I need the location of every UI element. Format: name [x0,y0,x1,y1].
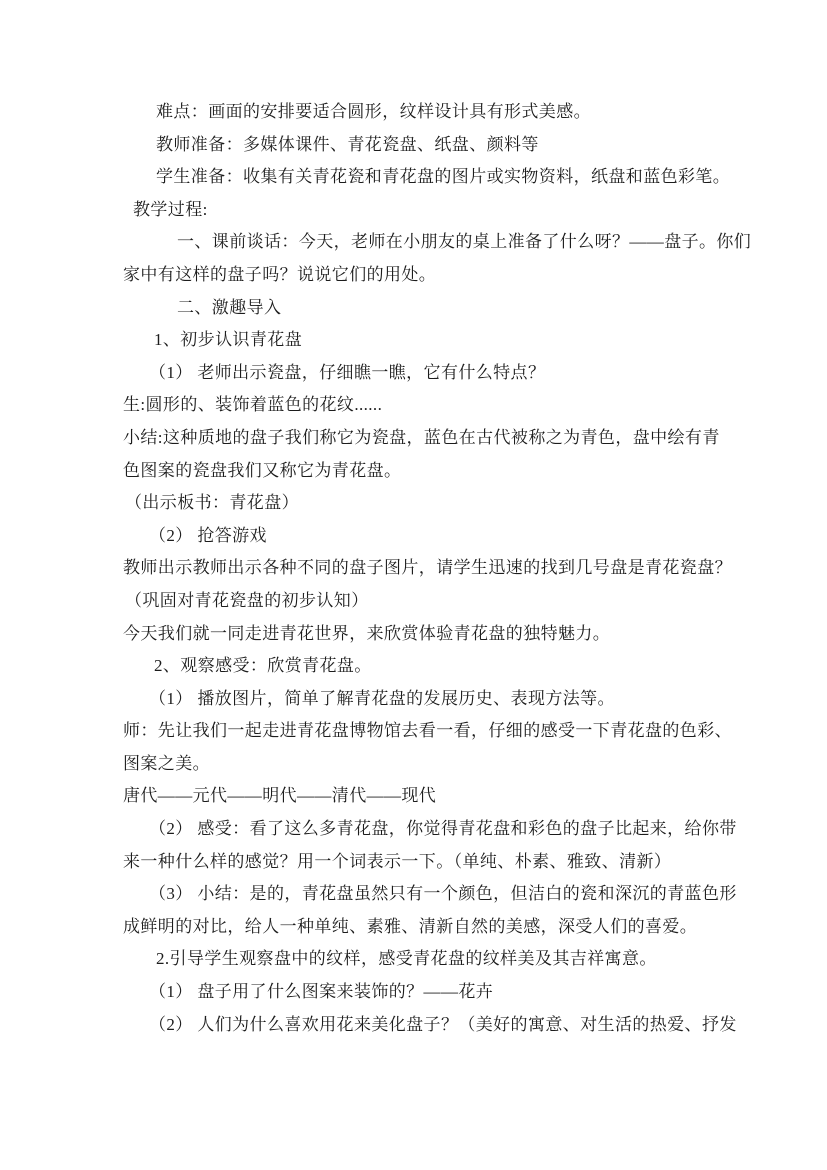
document-page: 难点：画面的安排要适合圆形，纹样设计具有形式美感。 教师准备：多媒体课件、青花瓷… [0,0,827,1170]
doc-line-guide-observe: 2.引导学生观察盘中的纹样，感受青花盘的纹样美及其吉祥寓意。 [156,943,827,976]
doc-line-question-2: （2） 人们为什么喜欢用花来美化盘子？（美好的寓意、对生活的热爱、抒发 [149,1009,827,1042]
doc-line-section-2: 二、激趣导入 [177,292,827,325]
doc-line-summary-1: 小结:这种质地的盘子我们称它为瓷盘，蓝色在古代被称之为青色，盘中绘有青 [123,422,827,455]
doc-line-goal-note: （巩固对青花瓷盘的初步认知） [125,585,827,618]
doc-line-step-2-3: （3） 小结：是的，青花盘虽然只有一个颜色，但洁白的瓷和深沉的青蓝色形 [149,878,827,911]
doc-line-difficulty: 难点：画面的安排要适合圆形，纹样设计具有形式美感。 [156,96,827,129]
doc-line-section-1-cont: 家中有这样的盘子吗？说说它们的用处。 [123,259,827,292]
doc-line-student-prep: 学生准备：收集有关青花瓷和青花盘的图片或实物资料，纸盘和蓝色彩笔。 [156,161,827,194]
doc-line-step-1: （1） 老师出示瓷盘，仔细瞧一瞧，它有什么特点？ [149,357,827,390]
doc-line-transition: 今天我们就一同走进青花世界，来欣赏体验青花盘的独特魅力。 [123,618,827,651]
doc-line-teacher-talk: 师：先让我们一起走进青花盘博物馆去看一看，仔细的感受一下青花盘的色彩、 [123,715,827,748]
doc-line-step-2: （2） 抢答游戏 [149,520,827,553]
doc-line-process-heading: 教学过程: [133,194,827,227]
doc-line-step-2-2-cont: 来一种什么样的感觉？用一个词表示一下。（单纯、朴素、雅致、清新） [123,846,827,879]
doc-line-teacher-talk-cont: 图案之美。 [123,748,827,781]
doc-line-step-2-3-cont: 成鲜明的对比，给人一种单纯、素雅、清新自然的美感，深受人们的喜爱。 [123,911,827,944]
doc-line-section-1: 一、课前谈话：今天，老师在小朋友的桌上准备了什么呀？——盘子。你们 [177,226,827,259]
doc-line-dynasties: 唐代——元代——明代——清代——现代 [123,780,827,813]
doc-line-step-2-1: （1） 播放图片，简单了解青花盘的发展历史、表现方法等。 [149,683,827,716]
doc-line-teacher-prep: 教师准备：多媒体课件、青花瓷盘、纸盘、颜料等 [156,129,827,162]
doc-line-game-desc: 教师出示教师出示各种不同的盘子图片，请学生迅速的找到几号盘是青花瓷盘？ [123,552,827,585]
doc-line-question-1: （1） 盘子用了什么图案来装饰的？——花卉 [149,976,827,1009]
doc-line-item-2: 2、观察感受：欣赏青花盘。 [154,650,827,683]
doc-line-board-note: （出示板书：青花盘） [125,487,827,520]
document-body: 难点：画面的安排要适合圆形，纹样设计具有形式美感。 教师准备：多媒体课件、青花瓷… [0,96,827,1041]
doc-line-item-1: 1、初步认识青花盘 [154,324,827,357]
doc-line-summary-1-cont: 色图案的瓷盘我们又称它为青花盘。 [123,455,827,488]
doc-line-student-answer: 生:圆形的、装饰着蓝色的花纹...... [123,389,827,422]
doc-line-step-2-2: （2） 感受：看了这么多青花盘，你觉得青花盘和彩色的盘子比起来，给你带 [149,813,827,846]
